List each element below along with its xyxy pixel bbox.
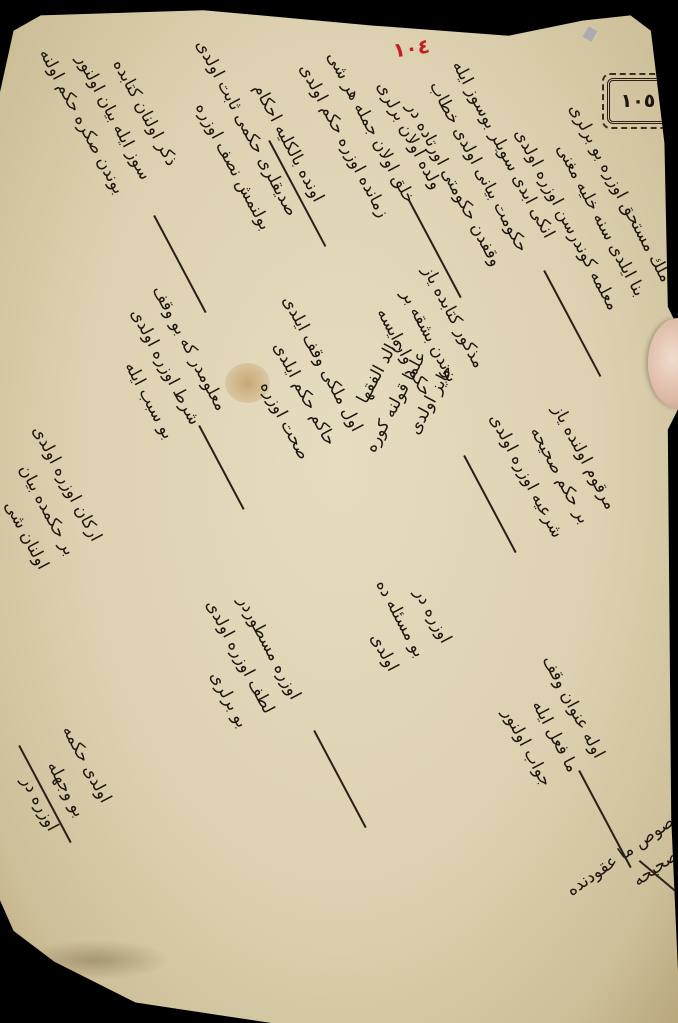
smudge xyxy=(20,940,170,980)
red-folio-mark: ١٠٤ xyxy=(392,34,432,63)
page-number-box: ١٠٥ xyxy=(607,78,669,124)
text-block: اونده بالکلیه احکام صدیقلری حکمی ثابت او… xyxy=(161,20,333,236)
text-block: مرقوم اولنده یاز بر حکم صحیحه شرعیه اوزر… xyxy=(481,380,625,544)
text-block: اوله عنوان وقف ما فعل ایله جواب اولنور xyxy=(481,650,614,792)
separator-rule xyxy=(314,730,367,828)
text-block: معلومدر که بو وقف شرط اوزره اولدی بو سبب… xyxy=(91,280,236,445)
page-number: ١٠٥ xyxy=(621,90,656,112)
text-block: اولدی حکمه بو وجهله اوزره در xyxy=(1,720,120,837)
text-block: اوزره مسطوردر لطف اوزره اولدی بو برلری xyxy=(171,580,310,734)
separator-rule xyxy=(199,425,245,510)
text-block: بو خصوص ما عقودنده اولدی صحیحه اوزره در xyxy=(560,790,678,953)
text-block: ذکر اولنان کتابده سوز ایله بیان اولنور ب… xyxy=(31,15,186,200)
text-block: ارکان اوزره اولدی بر حکمده بیان اولنان ش… xyxy=(0,420,110,575)
text-block: اوزره در بو مسئله ده اولدی xyxy=(341,560,460,677)
manuscript-page: ١٠٥ ١٠٤ ملك مستحق اوزره بو برلری بنا ایل… xyxy=(0,0,678,1023)
